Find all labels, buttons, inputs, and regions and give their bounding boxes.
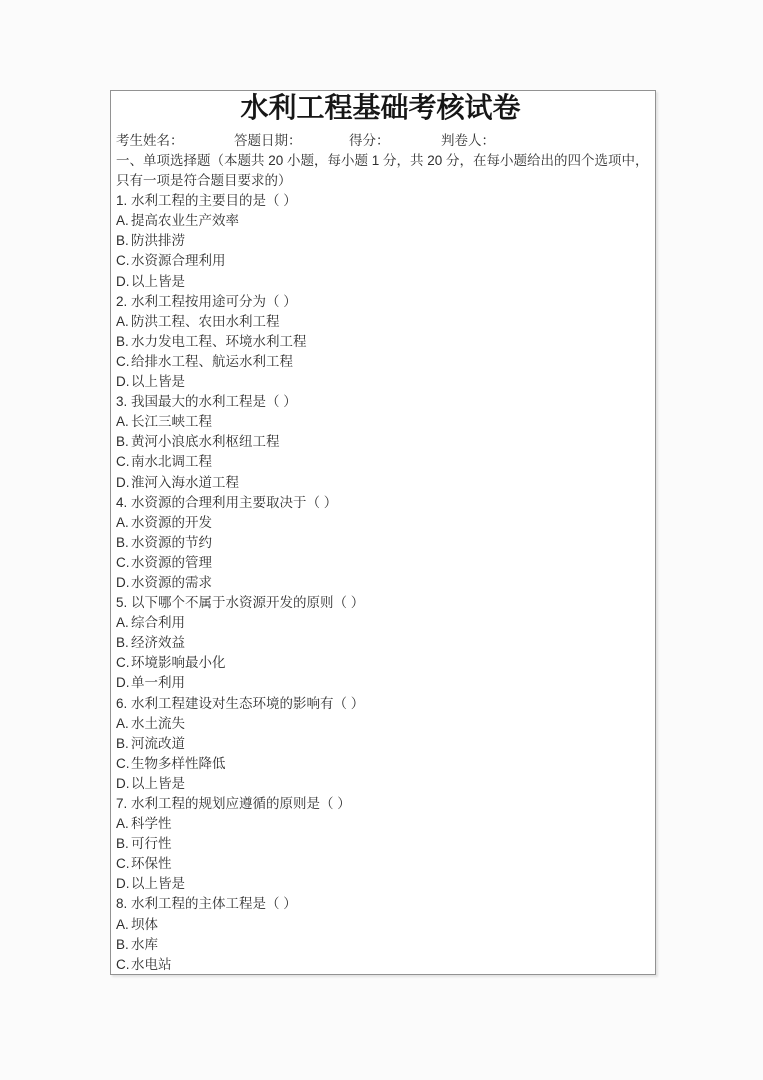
document-viewer-background: { "page": { "title": "水利工程基础考核试卷", "meta… [0,0,763,1080]
option-letter: B. [116,734,131,754]
paper-body: 一、单项选择题（本题共 20 小题，每小题 1 分，共 20 分，在每小题给出的… [116,151,645,975]
section-instructions-line-2: 只有一项是符合题目要求的） [116,171,645,191]
option-text: 给排水工程、航运水利工程 [131,352,645,372]
option-line: B.防洪排涝 [116,231,645,251]
option-letter: B. [116,533,131,553]
option-line: D.水资源的需求 [116,573,645,593]
option-text: 科学性 [131,814,645,834]
grader-label: 判卷人： [441,131,645,151]
question-line: 8.水利工程的主体工程是（ ） [116,894,645,914]
option-text: 提高农业生产效率 [131,211,645,231]
option-text: 经济效益 [131,633,645,653]
option-text: 环保性 [131,854,645,874]
option-text: 黄河小浪底水利枢纽工程 [131,432,645,452]
option-line: A.坝体 [116,915,645,935]
option-line: D.以上皆是 [116,874,645,894]
option-text: 综合利用 [131,613,645,633]
option-letter: A. [116,814,131,834]
option-text: 水力发电工程、环境水利工程 [131,332,645,352]
section-instructions-line-1: 一、单项选择题（本题共 20 小题，每小题 1 分，共 20 分，在每小题给出的… [116,151,645,171]
option-letter: C. [116,452,131,472]
option-line: B.黄河小浪底水利枢纽工程 [116,432,645,452]
question-text: 水利工程的主要目的是（ ） [131,191,645,211]
question-number: 8. [116,894,131,914]
option-line: B.河流改道 [116,734,645,754]
option-letter: D. [116,372,131,392]
answer-date-label: 答题日期： [234,131,349,151]
option-line: A.长江三峡工程 [116,412,645,432]
option-letter: C. [116,553,131,573]
option-line: A.水资源的开发 [116,513,645,533]
option-letter: D. [116,272,131,292]
option-line: C.给排水工程、航运水利工程 [116,352,645,372]
option-text: 水资源的需求 [131,573,645,593]
option-letter: B. [116,332,131,352]
option-letter: C. [116,854,131,874]
question-line: 7.水利工程的规划应遵循的原则是（ ） [116,794,645,814]
option-text: 水资源的管理 [131,553,645,573]
option-text: 环境影响最小化 [131,653,645,673]
option-text: 河流改道 [131,734,645,754]
option-text: 长江三峡工程 [131,412,645,432]
question-line: 3.我国最大的水利工程是（ ） [116,392,645,412]
option-text: 以上皆是 [131,372,645,392]
option-text: 水资源的开发 [131,513,645,533]
option-letter: B. [116,231,131,251]
question-number: 6. [116,694,131,714]
question-list: 1.水利工程的主要目的是（ ）A.提高农业生产效率B.防洪排涝C.水资源合理利用… [116,191,645,975]
option-letter: C. [116,754,131,774]
question-number: 7. [116,794,131,814]
option-line: A.科学性 [116,814,645,834]
option-line: B.可行性 [116,834,645,854]
option-text: 淮河入海水道工程 [131,473,645,493]
option-line: B.水库 [116,935,645,955]
option-letter: D. [116,774,131,794]
section-instructions: 一、单项选择题（本题共 20 小题，每小题 1 分，共 20 分，在每小题给出的… [116,151,645,191]
question-number: 1. [116,191,131,211]
option-line: B.水力发电工程、环境水利工程 [116,332,645,352]
option-line: A.水土流失 [116,714,645,734]
option-letter: C. [116,955,131,975]
question-text: 我国最大的水利工程是（ ） [131,392,645,412]
option-text: 水土流失 [131,714,645,734]
option-line: C.水资源的管理 [116,553,645,573]
question-text: 水利工程的规划应遵循的原则是（ ） [131,794,645,814]
option-text: 以上皆是 [131,774,645,794]
option-text: 坝体 [131,915,645,935]
question-number: 5. [116,593,131,613]
option-line: C.生物多样性降低 [116,754,645,774]
option-text: 防洪排涝 [131,231,645,251]
option-line: A.防洪工程、农田水利工程 [116,312,645,332]
option-line: D.以上皆是 [116,774,645,794]
option-line: C.水资源合理利用 [116,251,645,271]
option-letter: A. [116,714,131,734]
question-line: 6.水利工程建设对生态环境的影响有（ ） [116,694,645,714]
option-line: C.南水北调工程 [116,452,645,472]
option-line: C.环境影响最小化 [116,653,645,673]
exam-paper-page: 水利工程基础考核试卷 考生姓名： 答题日期： 得分： 判卷人： 一、单项选择题（… [110,90,656,975]
option-line: D.以上皆是 [116,272,645,292]
question-text: 水资源的合理利用主要取决于（ ） [131,493,645,513]
option-letter: C. [116,251,131,271]
examinee-name-label: 考生姓名： [116,131,234,151]
option-line: D.单一利用 [116,673,645,693]
option-text: 水电站 [131,955,645,975]
question-line: 5.以下哪个不属于水资源开发的原则（ ） [116,593,645,613]
option-letter: D. [116,473,131,493]
exam-title: 水利工程基础考核试卷 [116,91,645,127]
option-letter: C. [116,352,131,372]
option-text: 生物多样性降低 [131,754,645,774]
question-text: 以下哪个不属于水资源开发的原则（ ） [131,593,645,613]
question-text: 水利工程按用途可分为（ ） [131,292,645,312]
option-line: A.提高农业生产效率 [116,211,645,231]
option-text: 以上皆是 [131,874,645,894]
score-label: 得分： [349,131,441,151]
option-line: D.淮河入海水道工程 [116,473,645,493]
option-text: 可行性 [131,834,645,854]
option-text: 水资源合理利用 [131,251,645,271]
option-line: D.以上皆是 [116,372,645,392]
option-letter: B. [116,935,131,955]
option-text: 以上皆是 [131,272,645,292]
option-letter: C. [116,653,131,673]
question-line: 4.水资源的合理利用主要取决于（ ） [116,493,645,513]
option-letter: A. [116,613,131,633]
question-line: 1.水利工程的主要目的是（ ） [116,191,645,211]
option-text: 单一利用 [131,673,645,693]
meta-row: 考生姓名： 答题日期： 得分： 判卷人： [116,131,645,151]
option-letter: D. [116,874,131,894]
option-text: 南水北调工程 [131,452,645,472]
option-letter: D. [116,673,131,693]
option-line: A.综合利用 [116,613,645,633]
question-text: 水利工程建设对生态环境的影响有（ ） [131,694,645,714]
option-text: 防洪工程、农田水利工程 [131,312,645,332]
option-letter: B. [116,834,131,854]
option-line: C.水电站 [116,955,645,975]
question-number: 4. [116,493,131,513]
option-letter: B. [116,432,131,452]
option-letter: D. [116,573,131,593]
option-letter: A. [116,513,131,533]
option-line: C.环保性 [116,854,645,874]
question-text: 水利工程的主体工程是（ ） [131,894,645,914]
option-letter: A. [116,312,131,332]
option-text: 水库 [131,935,645,955]
option-line: B.水资源的节约 [116,533,645,553]
option-line: B.经济效益 [116,633,645,653]
option-letter: B. [116,633,131,653]
option-letter: A. [116,412,131,432]
option-text: 水资源的节约 [131,533,645,553]
question-line: 2.水利工程按用途可分为（ ） [116,292,645,312]
option-letter: A. [116,915,131,935]
option-letter: A. [116,211,131,231]
question-number: 2. [116,292,131,312]
question-number: 3. [116,392,131,412]
